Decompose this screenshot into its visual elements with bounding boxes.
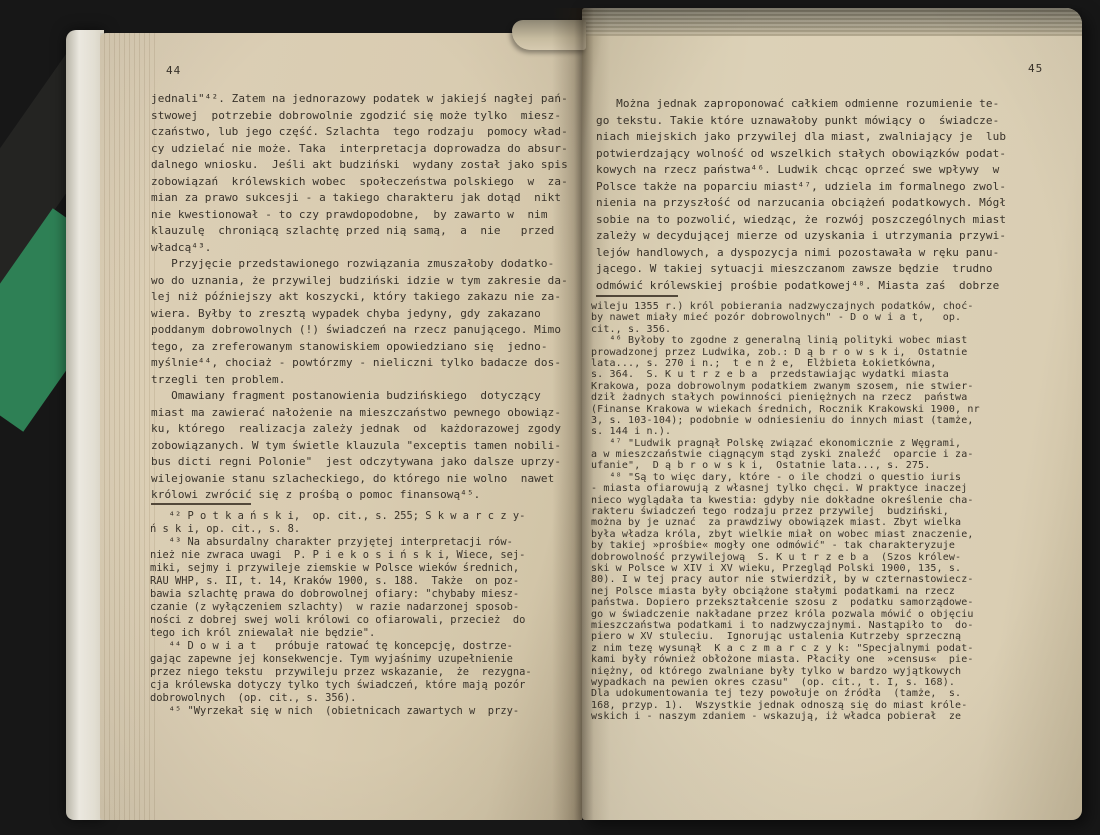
text-line: ⁴⁵ "Wyrzekał się w nich (obietnicach zaw… (150, 705, 578, 718)
text-line: cit., s. 356. (591, 324, 1035, 335)
text-line: ski w Polsce w XIV i XV wieku, Przegląd … (591, 563, 1035, 574)
text-line: miast ma zawierać nałożenie na mieszczań… (151, 405, 575, 422)
text-line: a w mieszczaństwie ciągnącym stąd zyski … (591, 449, 1035, 460)
text-line: bawia szlachtę prawa do dobrowolnej ofia… (150, 588, 578, 601)
text-line: ⁴⁸ "Są to więc dary, które - o ile chodz… (591, 472, 1035, 483)
text-line: była władza króla, zbyt wielkie miał on … (591, 529, 1035, 540)
text-line: ufanie", D ą b r o w s k i, Ostatnie lat… (591, 460, 1035, 471)
text-line: wskich i - naszym zdaniem - wskazują, iż… (591, 711, 1035, 722)
text-line: nież nie zwraca uwagi P. P i e k o s i ń… (150, 549, 578, 562)
text-line: mian za prawo sukcesji - a takiego chara… (151, 190, 575, 207)
text-line: s. 364. S. K u t r z e b a przedstawiają… (591, 369, 1035, 380)
text-line: jącego. W takiej sytuacji mieszczanom za… (596, 261, 1020, 278)
text-line: sobie na to pozwolić, wiedząc, że rozwój… (596, 212, 1020, 229)
text-line: wilejowanie stanu szlacheckiego, do któr… (151, 471, 575, 488)
text-line: czanie (z wyłączeniem szlachty) w razie … (150, 601, 578, 614)
text-line: zależy w decydującej mierze od uzyskania… (596, 228, 1020, 245)
text-line: nej Polsce miasta były obciążone stałymi… (591, 586, 1035, 597)
right-page-body-text: Można jednak zaproponować całkiem odmien… (596, 96, 1020, 294)
text-line: go w świadczenie nakładane przez króla p… (591, 609, 1035, 620)
text-line: lejów handlowych, a dyspozycja nimi pozo… (596, 245, 1020, 262)
text-line: można by je uznać za prawdziwy obowiązek… (591, 517, 1035, 528)
text-line: by nawet miały mieć pozór dobrowolnych" … (591, 312, 1035, 323)
text-line: odmówić królewskiej prośbie podatkowej⁴⁸… (596, 278, 1020, 295)
text-line: piero w XV stuleciu. Ignorując ustalenia… (591, 631, 1035, 642)
text-line: dobrowolność przywilejową S. K u t r z e… (591, 552, 1035, 563)
text-line: 80). I w tej pracy autor nie stwierdził,… (591, 574, 1035, 585)
text-line: Można jednak zaproponować całkiem odmien… (596, 96, 1020, 113)
text-line: dalnego wniosku. Jeśli akt budziński wyd… (151, 157, 575, 174)
text-line: Dla udokumentowania tej tezy powołuje on… (591, 688, 1035, 699)
text-line: ku, którego realizacja zależy jednak od … (151, 421, 575, 438)
text-line: go tekstu. Takie które uznawałoby punkt … (596, 113, 1020, 130)
text-line: ⁴⁷ "Ludwik pragnął Polskę związać ekonom… (591, 438, 1035, 449)
text-line: władcą⁴³. (151, 240, 575, 257)
text-line: poddanym dobrowolnych (!) świadczeń na r… (151, 322, 575, 339)
text-line: przez niego tekstu przywileju przez wska… (150, 666, 578, 679)
text-line: rakteru świadczeń tego rodzaju przez prz… (591, 506, 1035, 517)
page-number-right: 45 (1028, 62, 1043, 75)
text-line: ⁴⁴ D o w i a t próbuje ratować tę koncep… (150, 640, 578, 653)
text-line: cy udzielać nie może. Taka interpretacja… (151, 141, 575, 158)
text-line: dobrowolnych (op. cit., s. 356). (150, 692, 578, 705)
text-line: ności z dobrej swej woli królowi co ofia… (150, 614, 578, 627)
right-footnote-separator (596, 295, 678, 297)
text-line: jednali"⁴². Zatem na jednorazowy podatek… (151, 91, 575, 108)
text-line: 3, s. 103-104); podobnie w odniesieniu d… (591, 415, 1035, 426)
text-line: kami były również obłożone miasta. Płaci… (591, 654, 1035, 665)
text-line: Krakowa, poza dobrowolnym podatkiem zwan… (591, 381, 1035, 392)
text-line: RAU WHP, s. II, t. 14, Kraków 1900, s. 1… (150, 575, 578, 588)
text-line: (Finanse Krakowa w wiekach średnich, Roc… (591, 404, 1035, 415)
text-line: klauzulę chroniącą szlachtę przed nią sa… (151, 223, 575, 240)
text-line: myślnie⁴⁴, chociaż - powtórzmy - nielicz… (151, 355, 575, 372)
text-line: tego, za zreferowanym stanowiskiem opowi… (151, 339, 575, 356)
text-line: czaństwo, lub jego część. Szlachta tego … (151, 124, 575, 141)
text-line: niach miejskich jako przywilej dla miast… (596, 129, 1020, 146)
text-line: wo do uznania, że przywilej budziński id… (151, 273, 575, 290)
text-line: bus dicti regni Polonie" jest odczytywan… (151, 454, 575, 471)
text-line: by takiej »prośbie« mogły one odmówić" -… (591, 540, 1035, 551)
page-number-left: 44 (166, 64, 181, 77)
text-line: cja królewska dotyczy tylko tych świadcz… (150, 679, 578, 692)
text-line: potwierdzający wolność od wszelkich stał… (596, 146, 1020, 163)
text-line: wileju 1355 r.) król pobierania nadzwycz… (591, 301, 1035, 312)
text-line: miki, sejmy i przywileje ziemskie w Pols… (150, 562, 578, 575)
text-line: mieszczaństwa podatkami i to nadzwyczajn… (591, 620, 1035, 631)
left-page: 44 jednali"⁴². Zatem na jednorazowy poda… (100, 33, 582, 820)
open-book: 44 jednali"⁴². Zatem na jednorazowy poda… (0, 0, 1100, 835)
text-line: ⁴² P o t k a ń s k i, op. cit., s. 255; … (150, 510, 578, 523)
left-footnote-separator (151, 503, 251, 505)
text-line: wypadkach na pewien okres czasu" (op. ci… (591, 677, 1035, 688)
text-line: stwowej potrzebie dobrowolnie zgodzić si… (151, 108, 575, 125)
text-line: z nim tezę wysunął K a c z m a r c z y k… (591, 643, 1035, 654)
text-line: nienia na przyszłość od narzucania obcią… (596, 195, 1020, 212)
text-line: ⁴³ Na absurdalny charakter przyjętej int… (150, 536, 578, 549)
text-line: Polsce także na poparciu miast⁴⁷, udziel… (596, 179, 1020, 196)
text-line: niężny, od którego zwalniane były tylko … (591, 666, 1035, 677)
right-page-footnotes: wileju 1355 r.) król pobierania nadzwycz… (591, 301, 1035, 722)
text-line: kowych na rzecz państwa⁴⁶. Ludwik chcąc … (596, 162, 1020, 179)
text-line: Omawiany fragment postanowienia budzińsk… (151, 388, 575, 405)
text-line: dził żadnych stałych powinności pieniężn… (591, 392, 1035, 403)
text-line: lej niż późniejszy akt koszycki, który t… (151, 289, 575, 306)
right-page-top-edge (582, 8, 1082, 36)
text-line: s. 144 i n.). (591, 426, 1035, 437)
text-line: zobowiązań królewskich wobec społeczeńst… (151, 174, 575, 191)
text-line: nieco wyglądała ta kwestia: gdyby nie do… (591, 495, 1035, 506)
text-line: królowi zwrócić się z prośbą o pomoc fin… (151, 487, 575, 504)
book-scan-photo: 44 jednali"⁴². Zatem na jednorazowy poda… (0, 0, 1100, 835)
left-page-fore-edge (66, 30, 104, 820)
text-line: państwa. Dopiero przekształcenie szosu z… (591, 597, 1035, 608)
page-corner-curl (512, 20, 586, 50)
text-line: trzegli ten problem. (151, 372, 575, 389)
text-line: 168, przyp. 1). Wszystkie jednak odnoszą… (591, 700, 1035, 711)
text-line: lata..., s. 270 i n.; t e n ż e, Elżbiet… (591, 358, 1035, 369)
text-line: - miasta ofiarowują z własnej tylko chęc… (591, 483, 1035, 494)
text-line: ń s k i, op. cit., s. 8. (150, 523, 578, 536)
text-line: Przyjęcie przedstawionego rozwiązania zm… (151, 256, 575, 273)
right-page: 45 Można jednak zaproponować całkiem odm… (582, 8, 1082, 820)
left-page-body-text: jednali"⁴². Zatem na jednorazowy podatek… (151, 91, 575, 504)
left-page-footnotes: ⁴² P o t k a ń s k i, op. cit., s. 255; … (150, 510, 578, 718)
text-line: tego ich król zniewalał nie będzie". (150, 627, 578, 640)
text-line: zobowiązanych. W tym świetle klauzula "e… (151, 438, 575, 455)
text-line: ⁴⁶ Byłoby to zgodne z generalną linią po… (591, 335, 1035, 346)
text-line: gając zapewne jej konsekwencje. Tym wyja… (150, 653, 578, 666)
text-line: wiera. Byłby to zresztą wypadek chyba je… (151, 306, 575, 323)
text-line: nie kwestionował - to czy prawdopodobne,… (151, 207, 575, 224)
text-line: prowadzonej przez Ludwika, zob.: D ą b r… (591, 347, 1035, 358)
